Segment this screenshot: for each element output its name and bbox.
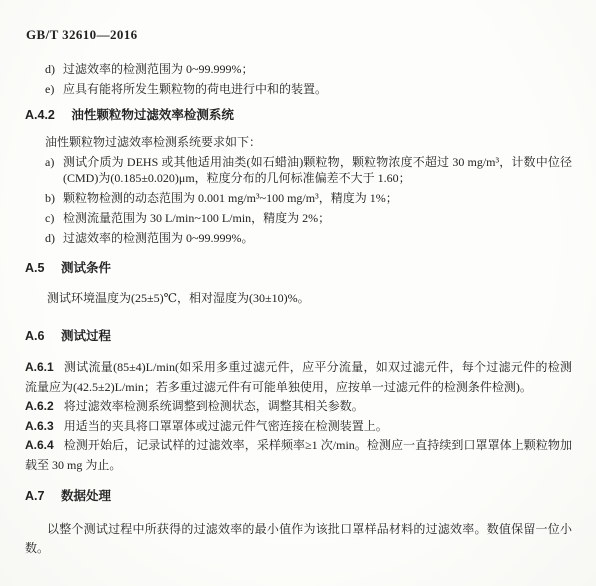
section-paragraph: 以整个测试过程中所获得的过滤效率的最小值作为该批口罩样品材料的过滤效率。数值保留…: [25, 520, 572, 558]
list-item-label: d): [45, 230, 55, 246]
section-heading: A.4.2 油性颗粒物过滤效率检测系统: [25, 107, 572, 123]
list-item: e) 应具有能将所发生颗粒物的荷电进行中和的装置。: [25, 81, 572, 97]
section-paragraph: 测试环境温度为(25±5)℃，相对湿度为(30±10)%。: [25, 289, 572, 308]
section-heading: A.5 测试条件: [25, 260, 572, 276]
clause-text: 将过滤效率检测系统调整到检测状态，调整其相关参数。: [64, 399, 364, 413]
clause-number: A.6.4: [25, 438, 54, 452]
list-item-label: b): [45, 190, 55, 206]
requirement-list: a) 测试介质为 DEHS 或其他适用油类(如石蜡油)颗粒物，颗粒物浓度不超过 …: [25, 154, 572, 246]
clause: A.6.1测试流量(85±4)L/min(如采用多重过滤元件，应平分流量，如双过…: [25, 358, 572, 397]
list-item: b) 颗粒物检测的动态范围为 0.001 mg/m³~100 mg/m³，精度为…: [25, 190, 572, 206]
section-title: 测试过程: [61, 329, 111, 343]
section-a6: A.6 测试过程 A.6.1测试流量(85±4)L/min(如采用多重过滤元件，…: [25, 328, 572, 475]
document-number: GB/T 32610—2016: [26, 26, 572, 43]
section-a4-2: A.4.2 油性颗粒物过滤效率检测系统 油性颗粒物过滤效率检测系统要求如下： a…: [25, 107, 572, 246]
section-intro: 油性颗粒物过滤效率检测系统要求如下：: [25, 134, 572, 150]
list-item: a) 测试介质为 DEHS 或其他适用油类(如石蜡油)颗粒物，颗粒物浓度不超过 …: [25, 154, 572, 186]
list-item: c) 检测流量范围为 30 L/min~100 L/min，精度为 2%；: [25, 210, 572, 226]
document-page: GB/T 32610—2016 d) 过滤效率的检测范围为 0~99.999%；…: [0, 0, 596, 586]
clause: A.6.3用适当的夹具将口罩罩体或过滤元件气密连接在检测装置上。: [25, 417, 572, 437]
list-item-label: c): [45, 210, 54, 226]
section-number: A.4.2: [25, 108, 55, 122]
list-item-label: a): [45, 154, 54, 170]
list-item: d) 过滤效率的检测范围为 0~99.999%；: [25, 61, 572, 77]
list-item-text: 颗粒物检测的动态范围为 0.001 mg/m³~100 mg/m³，精度为 1%…: [63, 191, 398, 205]
section-title: 测试条件: [61, 261, 111, 275]
section-number: A.6: [25, 329, 44, 343]
clause-number: A.6.3: [25, 419, 54, 433]
list-item-label: e): [45, 81, 54, 97]
clause-text: 检测开始后，记录试样的过滤效率，采样频率≥1 次/min。检测应一直持续到口罩罩…: [25, 438, 572, 472]
section-heading: A.6 测试过程: [25, 328, 572, 344]
section-heading: A.7 数据处理: [25, 488, 572, 504]
list-item-text: 过滤效率的检测范围为 0~99.999%；: [63, 62, 254, 76]
section-title: 数据处理: [61, 489, 111, 503]
list-item-text: 测试介质为 DEHS 或其他适用油类(如石蜡油)颗粒物，颗粒物浓度不超过 30 …: [63, 155, 572, 185]
clause-number: A.6.1: [25, 360, 54, 374]
list-item: d) 过滤效率的检测范围为 0~99.999%。: [25, 230, 572, 246]
section-a5: A.5 测试条件 测试环境温度为(25±5)℃，相对湿度为(30±10)%。: [25, 260, 572, 308]
clause: A.6.2将过滤效率检测系统调整到检测状态，调整其相关参数。: [25, 397, 572, 417]
section-title: 油性颗粒物过滤效率检测系统: [71, 108, 234, 122]
section-a7: A.7 数据处理 以整个测试过程中所获得的过滤效率的最小值作为该批口罩样品材料的…: [25, 488, 572, 558]
list-item-text: 检测流量范围为 30 L/min~100 L/min，精度为 2%；: [63, 211, 330, 225]
list-item-text: 应具有能将所发生颗粒物的荷电进行中和的装置。: [63, 82, 327, 96]
section-number: A.7: [25, 489, 44, 503]
clause-number: A.6.2: [25, 399, 54, 413]
clause-text: 测试流量(85±4)L/min(如采用多重过滤元件，应平分流量，如双过滤元件，每…: [25, 360, 572, 394]
requirement-list-continued: d) 过滤效率的检测范围为 0~99.999%； e) 应具有能将所发生颗粒物的…: [25, 61, 572, 97]
clause-text: 用适当的夹具将口罩罩体或过滤元件气密连接在检测装置上。: [64, 419, 388, 433]
list-item-text: 过滤效率的检测范围为 0~99.999%。: [63, 231, 254, 245]
clause: A.6.4检测开始后，记录试样的过滤效率，采样频率≥1 次/min。检测应一直持…: [25, 436, 572, 475]
list-item-label: d): [45, 61, 55, 77]
section-number: A.5: [25, 261, 44, 275]
